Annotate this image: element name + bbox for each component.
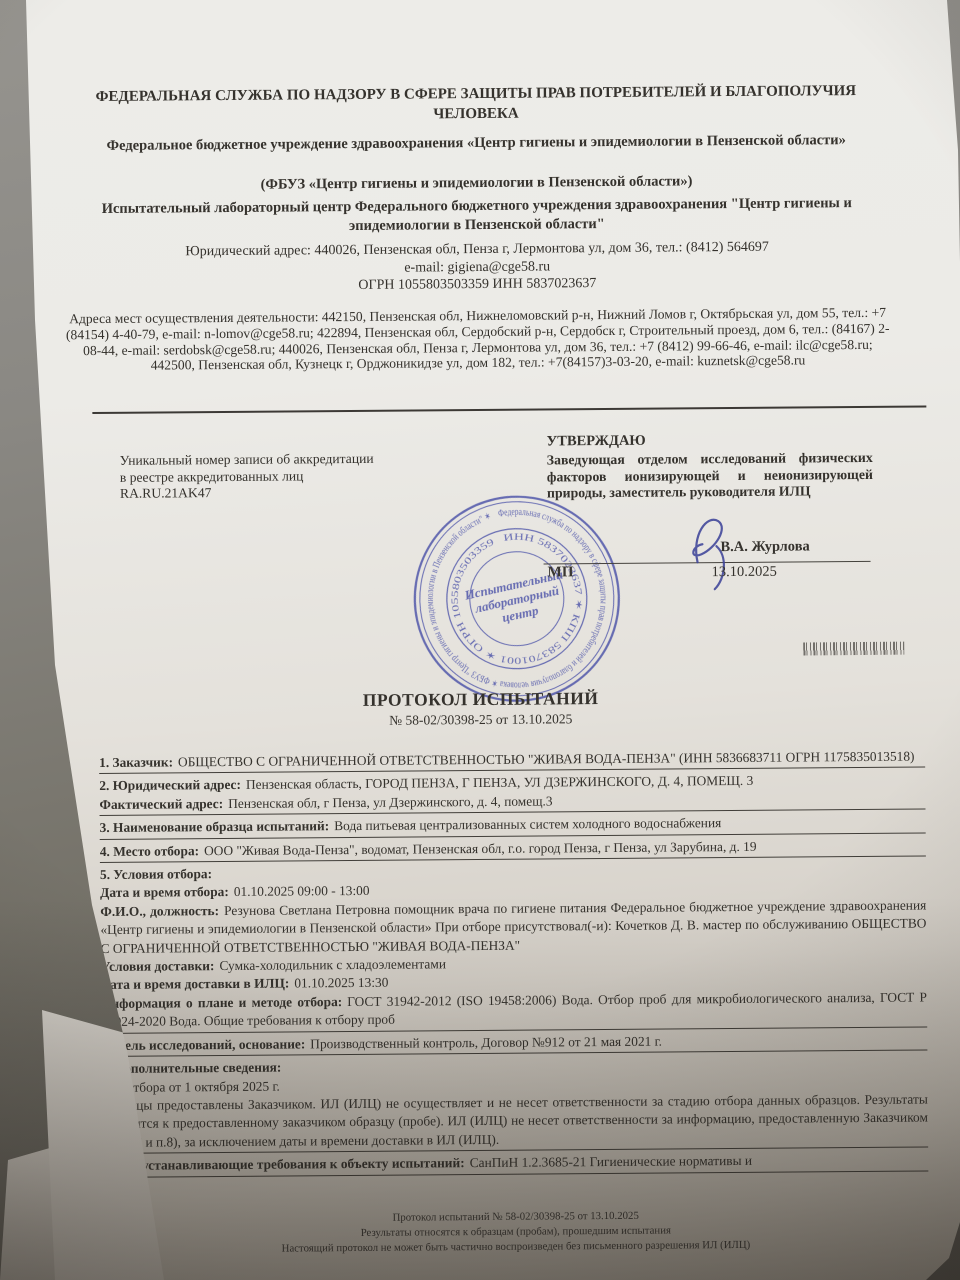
approval-date: 13.10.2025 <box>712 564 777 582</box>
document-content: ФЕДЕРАЛЬНАЯ СЛУЖБА ПО НАДЗОРУ В СФЕРЕ ЗА… <box>0 0 960 1280</box>
section-value: ОБЩЕСТВО С ОГРАНИЧЕННОЙ ОТВЕТСТВЕННОСТЬЮ… <box>178 749 915 770</box>
section-label: Дата и время доставки в ИЛЦ: <box>101 976 290 992</box>
accreditation-block: Уникальный номер записи об аккредитации … <box>120 450 430 502</box>
approver-name: В.А. Журлова <box>720 538 809 556</box>
section-label: Условия доставки: <box>101 958 215 974</box>
section-value: Резунова Светлана Петровна помощник врач… <box>100 897 926 955</box>
section-label: Фактический адрес: <box>99 796 223 812</box>
section-label: 3. Наименование образца испытаний: <box>100 818 330 835</box>
section-value: 01.10.2025 13:30 <box>294 975 388 991</box>
organization-short-name: (ФБУЗ «Центр гигиены и эпидемиологии в П… <box>77 172 877 195</box>
activity-addresses: Адреса мест осуществления деятельности: … <box>64 305 892 375</box>
section-label: 2. Юридический адрес: <box>99 777 241 793</box>
legal-address-block: Юридический адрес: 440026, Пензенская об… <box>77 238 877 297</box>
section-normative-docs: 8. НД, устанавливающие требования к объе… <box>102 1151 928 1178</box>
section-value: ООО "Живая Вода-Пенза", водомат, Пензенс… <box>204 838 757 857</box>
section-label: 4. Место отбора: <box>100 843 199 859</box>
section-value: Пензенская обл, г Пенза, ул Дзержинского… <box>228 793 552 811</box>
section-value: СанПиН 1.2.3685-21 Гигиенические нормати… <box>470 1153 753 1170</box>
photo-of-document: ФЕДЕРАЛЬНАЯ СЛУЖБА ПО НАДЗОРУ В СФЕРЕ ЗА… <box>0 0 960 1280</box>
section-label: 5. Условия отбора: <box>100 866 212 882</box>
federal-service-header: ФЕДЕРАЛЬНАЯ СЛУЖБА ПО НАДЗОРУ В СФЕРЕ ЗА… <box>62 81 890 128</box>
section-label: 8. НД, устанавливающие требования к объе… <box>102 1155 465 1173</box>
stamp-place-mark: МП <box>548 564 574 581</box>
section-customer: 1. Заказчик:ОБЩЕСТВО С ОГРАНИЧЕННОЙ ОТВЕ… <box>99 748 925 775</box>
section-label: Дата и время отбора: <box>100 884 229 900</box>
section-sampling-place: 4. Место отбора:ООО "Живая Вода-Пенза", … <box>100 836 926 863</box>
section-label: Ф.И.О., должность: <box>100 903 219 919</box>
section-value: Вода питьевая централизованных систем хо… <box>334 815 721 833</box>
approval-title: УТВЕРЖДАЮ <box>547 433 646 451</box>
document-page: ФЕДЕРАЛЬНАЯ СЛУЖБА ПО НАДЗОРУ В СФЕРЕ ЗА… <box>0 0 960 1280</box>
responsibility-note: Образцы предоставлены Заказчиком. ИЛ (ИЛ… <box>102 1090 928 1154</box>
sampler-name-position: Ф.И.О., должность:Резунова Светлана Петр… <box>100 896 926 958</box>
section-label: 6. Цель исследований, основание: <box>101 1036 305 1053</box>
section-label: 1. Заказчик: <box>99 754 173 770</box>
section-purpose: 6. Цель исследований, основание:Производ… <box>101 1030 927 1057</box>
section-value: Образцы предоставлены Заказчиком. ИЛ (ИЛ… <box>102 1091 928 1149</box>
page-footer: Протокол испытаний № 58-02/30398-25 от 1… <box>103 1206 929 1258</box>
sampling-method-info: Информация о плане и методе отбора:ГОСТ … <box>101 988 927 1033</box>
organization-full-name: Федеральное бюджетное учреждение здравоо… <box>76 130 876 156</box>
section-sample-name: 3. Наименование образца испытаний:Вода п… <box>100 813 926 840</box>
accreditation-number: RA.RU.21AK47 <box>120 483 430 502</box>
protocol-sections: 1. Заказчик:ОБЩЕСТВО С ОГРАНИЧЕННОЙ ОТВЕ… <box>99 748 928 1181</box>
section-value: Пензенская область, ГОРОД ПЕНЗА, Г ПЕНЗА… <box>246 773 753 792</box>
barcode <box>803 642 904 656</box>
testing-lab-center-name: Испытательный лабораторный центр Федерал… <box>72 194 882 238</box>
section-addresses: 2. Юридический адрес:Пензенская область,… <box>99 771 925 816</box>
section-value: 01.10.2025 09:00 - 13:00 <box>234 883 370 899</box>
horizontal-rule <box>92 405 926 414</box>
section-value: Сумка-холодильник с хладоэлементами <box>219 956 446 973</box>
section-value: Производственный контроль, Договор №912 … <box>310 1033 662 1051</box>
section-label: Информация о плане и методе отбора: <box>101 994 342 1011</box>
